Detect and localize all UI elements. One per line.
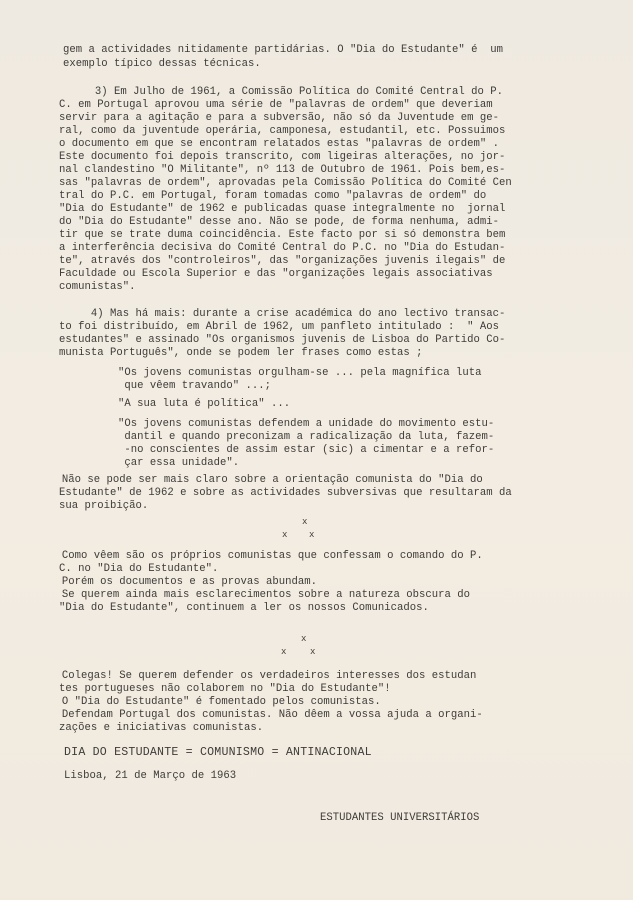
text-line: tir que se trate duma coincidência. Este…: [59, 229, 505, 242]
text-line: sas "palavras de ordem", aprovadas pela …: [59, 177, 512, 190]
text-line: Porém os documentos e as provas abundam.: [30, 576, 317, 589]
text-line: tral do P.C. em Portugal, foram tomadas …: [59, 190, 486, 203]
intro-line: gem a actividades nitidamente partidária…: [63, 44, 503, 57]
text-line: o documento em que se encontram relatado…: [59, 138, 499, 151]
text-line: 4) Mas há mais: durante a crise académic…: [59, 308, 505, 321]
quote-line: -no conscientes de assim estar (sic) a c…: [118, 444, 494, 457]
quote-line: que vêem travando" ...;: [118, 380, 271, 393]
separator-mark: x: [281, 647, 286, 657]
text-line: a interferência decisiva do Comité Centr…: [59, 242, 505, 255]
separator-mark: x: [302, 517, 307, 527]
signature: ESTUDANTES UNIVERSITÁRIOS: [320, 812, 479, 825]
quote-line: "Os jovens comunistas orgulham-se ... pe…: [118, 367, 482, 380]
text-line: comunistas".: [59, 281, 136, 294]
intro-line: exemplo típico dessas técnicas.: [63, 58, 261, 71]
separator-mark: x: [282, 530, 287, 540]
text-line: sua proibição.: [59, 500, 148, 513]
quote-line: çar essa unidade".: [118, 457, 239, 470]
text-line: Faculdade ou Escola Superior e das "orga…: [59, 268, 493, 281]
quote-line: "A sua luta é política" ...: [118, 398, 290, 411]
text-line: to foi distribuído, em Abril de 1962, um…: [59, 321, 499, 334]
separator-mark: x: [301, 634, 306, 644]
typewritten-page: gem a actividades nitidamente partidária…: [0, 0, 633, 900]
text-line: Colegas! Se querem defender os verdadeir…: [30, 670, 476, 683]
text-line: nal clandestino "O Militante", nº 113 de…: [59, 164, 505, 177]
text-line: O "Dia do Estudante" é fomentado pelos c…: [30, 696, 381, 709]
text-line: servir para a agitação e para a subversã…: [59, 112, 499, 125]
text-line: estudantes" e assinado "Os organismos ju…: [59, 334, 505, 347]
text-line: C. em Portugal aprovou uma série de "pal…: [59, 99, 493, 112]
separator-mark: x: [310, 647, 315, 657]
text-line: "Dia do Estudante" de 1962 e publicadas …: [59, 203, 505, 216]
text-line: Estudante" de 1962 e sobre as actividade…: [59, 487, 512, 500]
text-line: "Dia do Estudante", continuem a ler os n…: [59, 602, 429, 615]
text-line: do "Dia do Estudante" desse ano. Não se …: [59, 216, 499, 229]
quote-line: dantil e quando preconizam a radicalizaç…: [118, 431, 494, 444]
text-line: Como vêem são os próprios comunistas que…: [30, 550, 483, 563]
text-line: Se querem ainda mais esclarecimentos sob…: [30, 589, 470, 602]
text-line: tes portugueses não colaborem no "Dia do…: [59, 683, 391, 696]
date-line: Lisboa, 21 de Março de 1963: [64, 770, 236, 783]
text-line: C. no "Dia do Estudante".: [59, 563, 218, 576]
text-line: ral, como da juventude operária, campone…: [59, 125, 505, 138]
separator-mark: x: [309, 530, 314, 540]
text-line: Não se pode ser mais claro sobre a orien…: [30, 474, 483, 487]
text-line: Este documento foi depois transcrito, co…: [59, 151, 505, 164]
text-line: te", através dos "controleiros", das "or…: [59, 255, 505, 268]
quote-line: "Os jovens comunistas defendem a unidade…: [118, 418, 494, 431]
text-line: Defendam Portugal dos comunistas. Não dê…: [30, 709, 483, 722]
slogan: DIA DO ESTUDANTE = COMUNISMO = ANTINACIO…: [64, 746, 372, 759]
text-line: zações e iniciativas comunistas.: [59, 722, 263, 735]
text-line: munista Português", onde se podem ler fr…: [59, 347, 423, 360]
text-line: 3) Em Julho de 1961, a Comissão Política…: [63, 86, 503, 99]
